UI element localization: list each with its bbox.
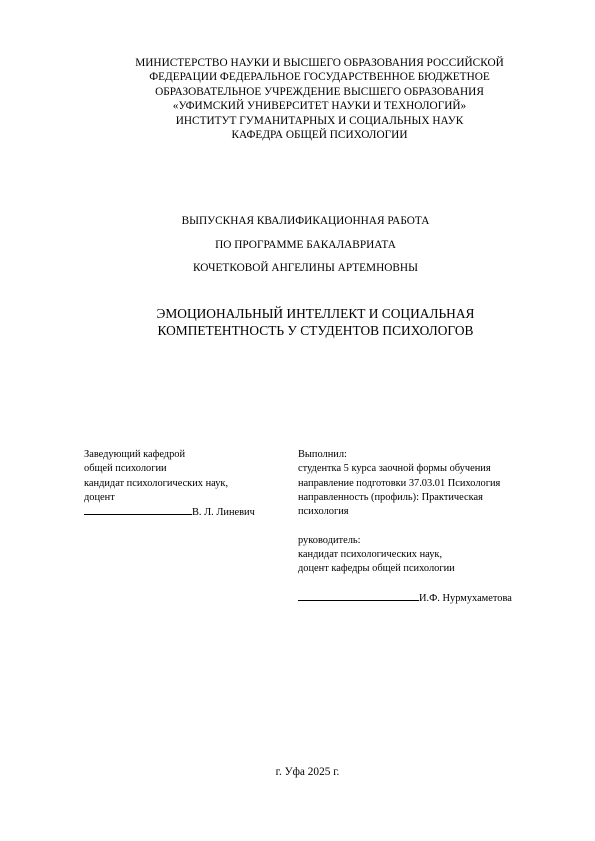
work-author: КОЧЕТКОВОЙ АНГЕЛИНЫ АРТЕМНОВНЫ xyxy=(0,261,595,285)
performer-block: Выполнил: студентка 5 курса заочной форм… xyxy=(298,448,558,606)
performer-label: Выполнил: xyxy=(298,448,558,462)
work-info: ВЫПУСКНАЯ КВАЛИФИКАЦИОННАЯ РАБОТА ПО ПРО… xyxy=(0,214,595,285)
performer-line: направление подготовки 37.03.01 Психолог… xyxy=(298,477,558,491)
hod-signature: В. Л. Линевич xyxy=(84,505,284,520)
supervisor-label: руководитель: xyxy=(298,534,558,548)
hod-signature-name: В. Л. Линевич xyxy=(192,507,255,518)
thesis-title: ЭМОЦИОНАЛЬНЫЙ ИНТЕЛЛЕКТ И СОЦИАЛЬНАЯ КОМ… xyxy=(0,306,595,339)
hod-line: Заведующий кафедрой xyxy=(84,448,284,462)
hod-line: кандидат психологических наук, xyxy=(84,477,284,491)
header-line: КАФЕДРА ОБЩЕЙ ПСИХОЛОГИИ xyxy=(0,128,595,142)
institution-header: МИНИСТЕРСТВО НАУКИ И ВЫСШЕГО ОБРАЗОВАНИЯ… xyxy=(0,56,595,142)
performer-line: направленность (профиль): Практическая xyxy=(298,491,558,505)
header-line: ОБРАЗОВАТЕЛЬНОЕ УЧРЕЖДЕНИЕ ВЫСШЕГО ОБРАЗ… xyxy=(0,85,595,99)
city-year: г. Уфа 2025 г. xyxy=(0,766,595,778)
title-line: ЭМОЦИОНАЛЬНЫЙ ИНТЕЛЛЕКТ И СОЦИАЛЬНАЯ xyxy=(0,306,595,323)
header-line: ИНСТИТУТ ГУМАНИТАРНЫХ И СОЦИАЛЬНЫХ НАУК xyxy=(0,114,595,128)
footer: г. Уфа 2025 г. xyxy=(0,766,595,778)
hod-line: доцент xyxy=(84,491,284,505)
signature-line xyxy=(84,505,192,515)
performer-line: студентка 5 курса заочной формы обучения xyxy=(298,462,558,476)
head-of-department-block: Заведующий кафедрой общей психологии кан… xyxy=(84,448,284,520)
performer-line: психология xyxy=(298,505,558,519)
hod-line: общей психологии xyxy=(84,462,284,476)
title-page: МИНИСТЕРСТВО НАУКИ И ВЫСШЕГО ОБРАЗОВАНИЯ… xyxy=(0,0,595,841)
header-line: «УФИМСКИЙ УНИВЕРСИТЕТ НАУКИ И ТЕХНОЛОГИЙ… xyxy=(0,99,595,113)
work-type: ВЫПУСКНАЯ КВАЛИФИКАЦИОННАЯ РАБОТА xyxy=(0,214,595,238)
supervisor-signature: И.Ф. Нурмухаметова xyxy=(298,591,558,606)
spacer xyxy=(298,577,558,591)
supervisor-signature-name: И.Ф. Нурмухаметова xyxy=(419,593,512,604)
spacer xyxy=(298,519,558,533)
supervisor-line: доцент кафедры общей психологии xyxy=(298,562,558,576)
header-line: МИНИСТЕРСТВО НАУКИ И ВЫСШЕГО ОБРАЗОВАНИЯ… xyxy=(0,56,595,70)
work-program: ПО ПРОГРАММЕ БАКАЛАВРИАТА xyxy=(0,238,595,262)
signature-line xyxy=(298,591,419,601)
title-line: КОМПЕТЕНТНОСТЬ У СТУДЕНТОВ ПСИХОЛОГОВ xyxy=(0,323,595,340)
supervisor-line: кандидат психологических наук, xyxy=(298,548,558,562)
header-line: ФЕДЕРАЦИИ ФЕДЕРАЛЬНОЕ ГОСУДАРСТВЕННОЕ БЮ… xyxy=(0,70,595,84)
